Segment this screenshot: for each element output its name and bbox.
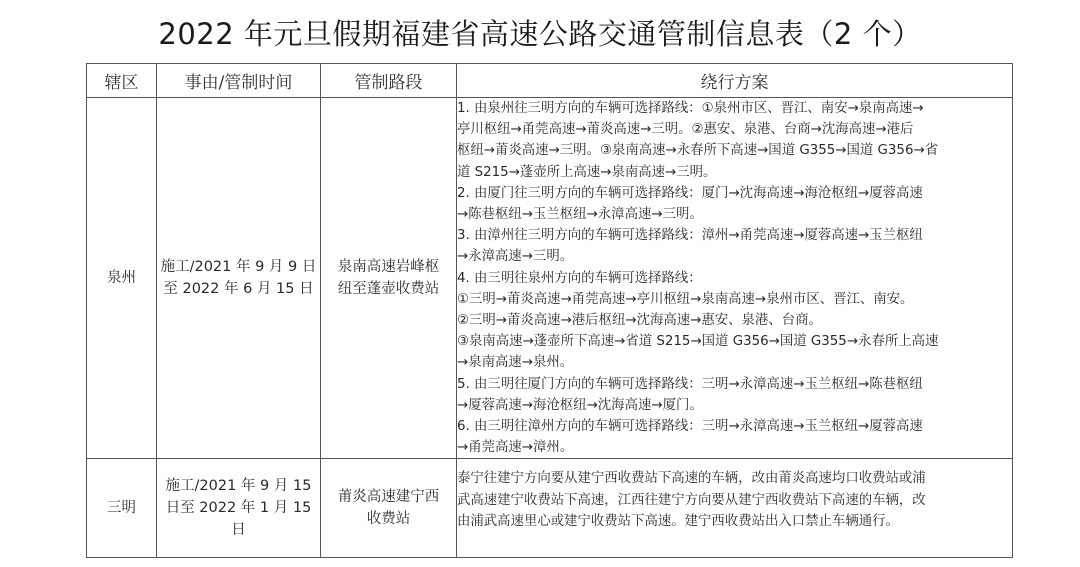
detour-line: 5. 由三明往厦门方向的车辆可选择路线：三明→永漳高速→玉兰枢纽→陈巷枢纽 <box>457 374 1012 395</box>
section-line: 泉南高速岩峰枢 <box>321 256 456 278</box>
detour-line: ②三明→莆炎高速→港后枢纽→沈海高速→惠安、泉港、台商。 <box>457 310 1012 331</box>
detour-plan-cell: 泰宁往建宁方向要从建宁西收费站下高速的车辆，改由莆炎高速均口收费站或浦 武高速建… <box>457 459 1013 558</box>
detour-line: 4. 由三明往泉州方向的车辆可选择路线： <box>457 268 1012 289</box>
detour-line: 由浦武高速里心或建宁收费站下高速。建宁西收费站出入口禁止车辆通行。 <box>457 511 1012 533</box>
district-cell: 三明 <box>87 459 157 558</box>
detour-line: →陈巷枢纽→玉兰枢纽→永漳高速→三明。 <box>457 204 1012 225</box>
reason-time-line: 日至 2022 年 1 月 15 日 <box>157 497 320 541</box>
detour-line: →甬莞高速→漳州。 <box>457 437 1012 458</box>
header-district: 辖区 <box>87 64 157 98</box>
district-cell: 泉州 <box>87 98 157 459</box>
header-reason-time: 事由/管制时间 <box>157 64 321 98</box>
section-cell: 莆炎高速建宁西 收费站 <box>321 459 457 558</box>
header-section: 管制路段 <box>321 64 457 98</box>
detour-line: →泉南高速→泉州。 <box>457 352 1012 373</box>
reason-time-line: 至 2022 年 6 月 15 日 <box>157 278 320 300</box>
page-title: 2022 年元旦假期福建省高速公路交通管制信息表（2 个） <box>0 14 1080 54</box>
table-row: 三明 施工/2021 年 9 月 15 日至 2022 年 1 月 15 日 莆… <box>87 459 1013 558</box>
detour-line: →永漳高速→三明。 <box>457 246 1012 267</box>
reason-time-line: 施工/2021 年 9 月 9 日 <box>157 256 320 278</box>
detour-line: 枢纽→莆炎高速→三明。③泉南高速→永春所下高速→国道 G355→国道 G356→… <box>457 140 1012 161</box>
table-row: 泉州 施工/2021 年 9 月 9 日 至 2022 年 6 月 15 日 泉… <box>87 98 1013 459</box>
detour-plan-cell: 1. 由泉州往三明方向的车辆可选择路线：①泉州市区、晋江、南安→泉南高速→ 亭川… <box>457 98 1013 459</box>
reason-time-line: 施工/2021 年 9 月 15 <box>157 475 320 497</box>
section-line: 收费站 <box>321 508 456 530</box>
detour-line: 武高速建宁收费站下高速，江西往建宁方向要从建宁西收费站下高速的车辆，改 <box>457 490 1012 512</box>
traffic-control-table: 辖区 事由/管制时间 管制路段 绕行方案 泉州 施工/2021 年 9 月 9 … <box>86 63 1013 558</box>
detour-line: 6. 由三明往漳州方向的车辆可选择路线：三明→永漳高速→玉兰枢纽→厦蓉高速 <box>457 416 1012 437</box>
detour-line: 2. 由厦门往三明方向的车辆可选择路线：厦门→沈海高速→海沧枢纽→厦蓉高速 <box>457 183 1012 204</box>
section-line: 莆炎高速建宁西 <box>321 486 456 508</box>
district-name: 三明 <box>107 500 136 516</box>
table-header-row: 辖区 事由/管制时间 管制路段 绕行方案 <box>87 64 1013 98</box>
header-detour: 绕行方案 <box>457 64 1013 98</box>
detour-line: 道 S215→蓬壶所上高速→泉南高速→三明。 <box>457 162 1012 183</box>
detour-line: ①三明→莆炎高速→甬莞高速→亭川枢纽→泉南高速→泉州市区、晋江、南安。 <box>457 289 1012 310</box>
district-name: 泉州 <box>107 270 136 286</box>
reason-time-cell: 施工/2021 年 9 月 15 日至 2022 年 1 月 15 日 <box>157 459 321 558</box>
detour-line: →厦蓉高速→海沧枢纽→沈海高速→厦门。 <box>457 395 1012 416</box>
detour-line: ③泉南高速→蓬壶所下高速→省道 S215→国道 G356→国道 G355→永春所… <box>457 331 1012 352</box>
detour-line: 亭川枢纽→甬莞高速→莆炎高速→三明。②惠安、泉港、台商→沈海高速→港后 <box>457 119 1012 140</box>
section-line: 纽至蓬壶收费站 <box>321 278 456 300</box>
detour-line: 1. 由泉州往三明方向的车辆可选择路线：①泉州市区、晋江、南安→泉南高速→ <box>457 98 1012 119</box>
detour-line: 3. 由漳州往三明方向的车辆可选择路线：漳州→甬莞高速→厦蓉高速→玉兰枢纽 <box>457 225 1012 246</box>
detour-line: 泰宁往建宁方向要从建宁西收费站下高速的车辆，改由莆炎高速均口收费站或浦 <box>457 468 1012 490</box>
reason-time-cell: 施工/2021 年 9 月 9 日 至 2022 年 6 月 15 日 <box>157 98 321 459</box>
section-cell: 泉南高速岩峰枢 纽至蓬壶收费站 <box>321 98 457 459</box>
